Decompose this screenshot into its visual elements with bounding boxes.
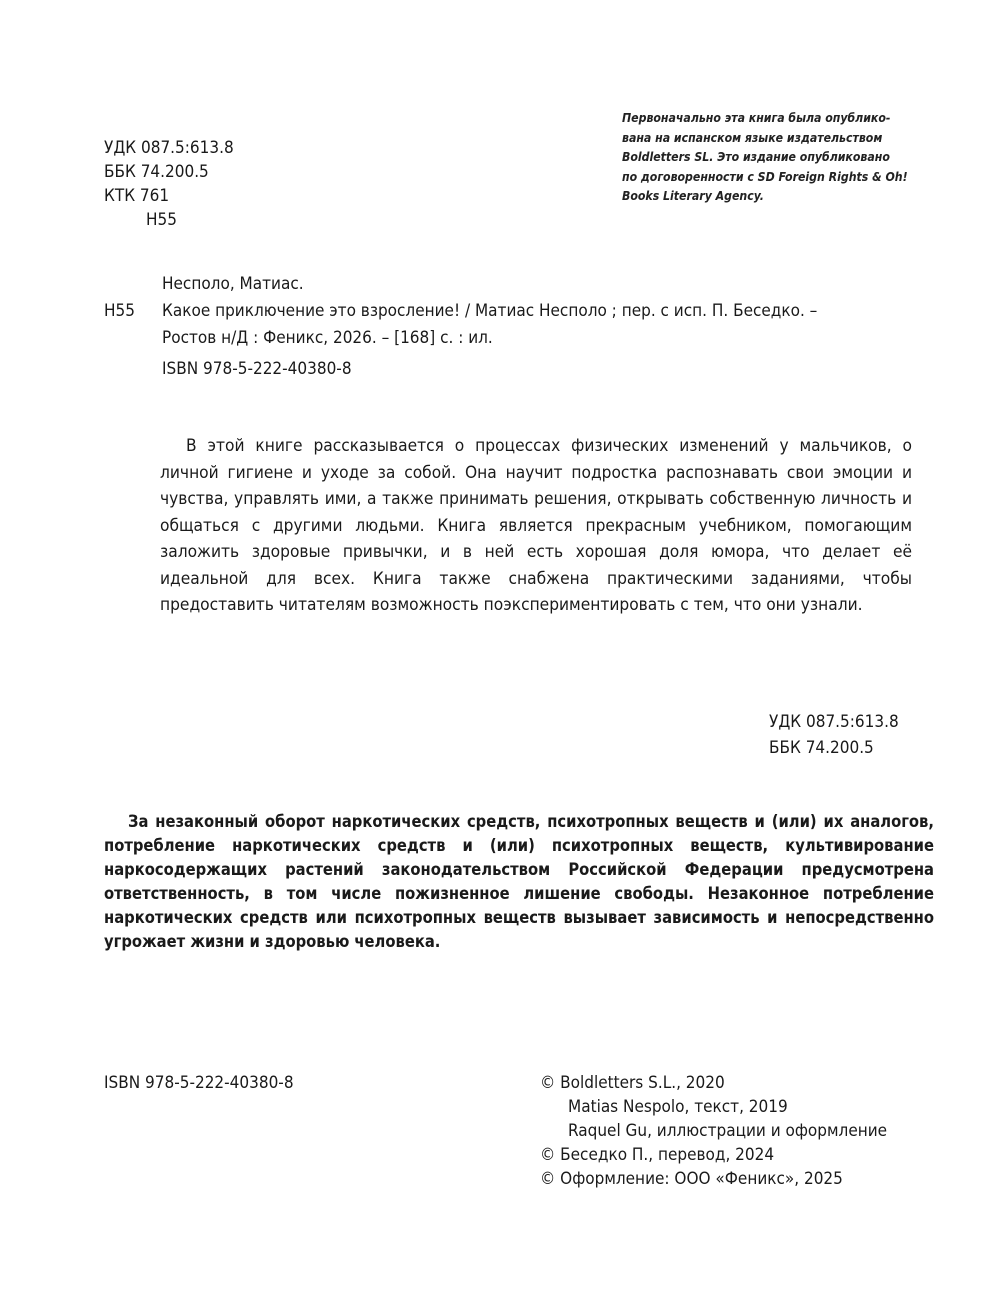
title-statement: Какое приключение это взросление! / Мати… [162, 298, 944, 325]
imprint: Ростов н/Д : Феникс, 2026. – [168] с. : … [162, 325, 944, 352]
note-line: вана на испанском языке издательством [622, 129, 908, 149]
udk-code: УДК 087.5:613.8 [769, 709, 899, 735]
legal-warning: За незаконный оборот наркотических средс… [104, 810, 934, 954]
copyright-line: © Оформление: ООО «Феникс», 2025 [540, 1167, 887, 1191]
isbn: ISBN 978-5-222-40380-8 [162, 356, 944, 383]
author-mark: Н55 [104, 298, 162, 325]
note-line: Boldletters SL. Это издание опубликовано [622, 148, 908, 168]
bibliographic-record: Несполо, Матиас. Н55 Какое приключение э… [104, 271, 944, 383]
author-mark: Н55 [104, 208, 234, 232]
author-heading: Несполо, Матиас. [162, 271, 944, 298]
classification-codes-bottom: УДК 087.5:613.8 ББК 74.200.5 [769, 709, 899, 761]
classification-codes-top: УДК 087.5:613.8 ББК 74.200.5 КТК 761 Н55 [104, 136, 234, 232]
copyright-block: © Boldletters S.L., 2020 Matias Nespolo,… [540, 1071, 887, 1191]
copyright-line: Raquel Gu, иллюстрации и оформление [540, 1119, 887, 1143]
ktk-code: КТК 761 [104, 184, 234, 208]
udk-code: УДК 087.5:613.8 [104, 136, 234, 160]
note-line: по договоренности с SD Foreign Rights & … [622, 168, 908, 188]
note-line: Первоначально эта книга была опублико- [622, 109, 908, 129]
copyright-line: Matias Nespolo, текст, 2019 [540, 1095, 887, 1119]
annotation-text: В этой книге рассказывается о процессах … [160, 433, 912, 619]
original-edition-note: Первоначально эта книга была опублико- в… [622, 109, 908, 207]
copyright-line: © Беседко П., перевод, 2024 [540, 1143, 887, 1167]
note-line: Books Literary Agency. [622, 187, 908, 207]
bbk-code: ББК 74.200.5 [769, 735, 899, 761]
copyright-line: © Boldletters S.L., 2020 [540, 1071, 887, 1095]
bbk-code: ББК 74.200.5 [104, 160, 234, 184]
book-annotation: В этой книге рассказывается о процессах … [160, 433, 912, 619]
isbn-footer: ISBN 978-5-222-40380-8 [104, 1071, 294, 1095]
warning-text: За незаконный оборот наркотических средс… [104, 810, 934, 954]
